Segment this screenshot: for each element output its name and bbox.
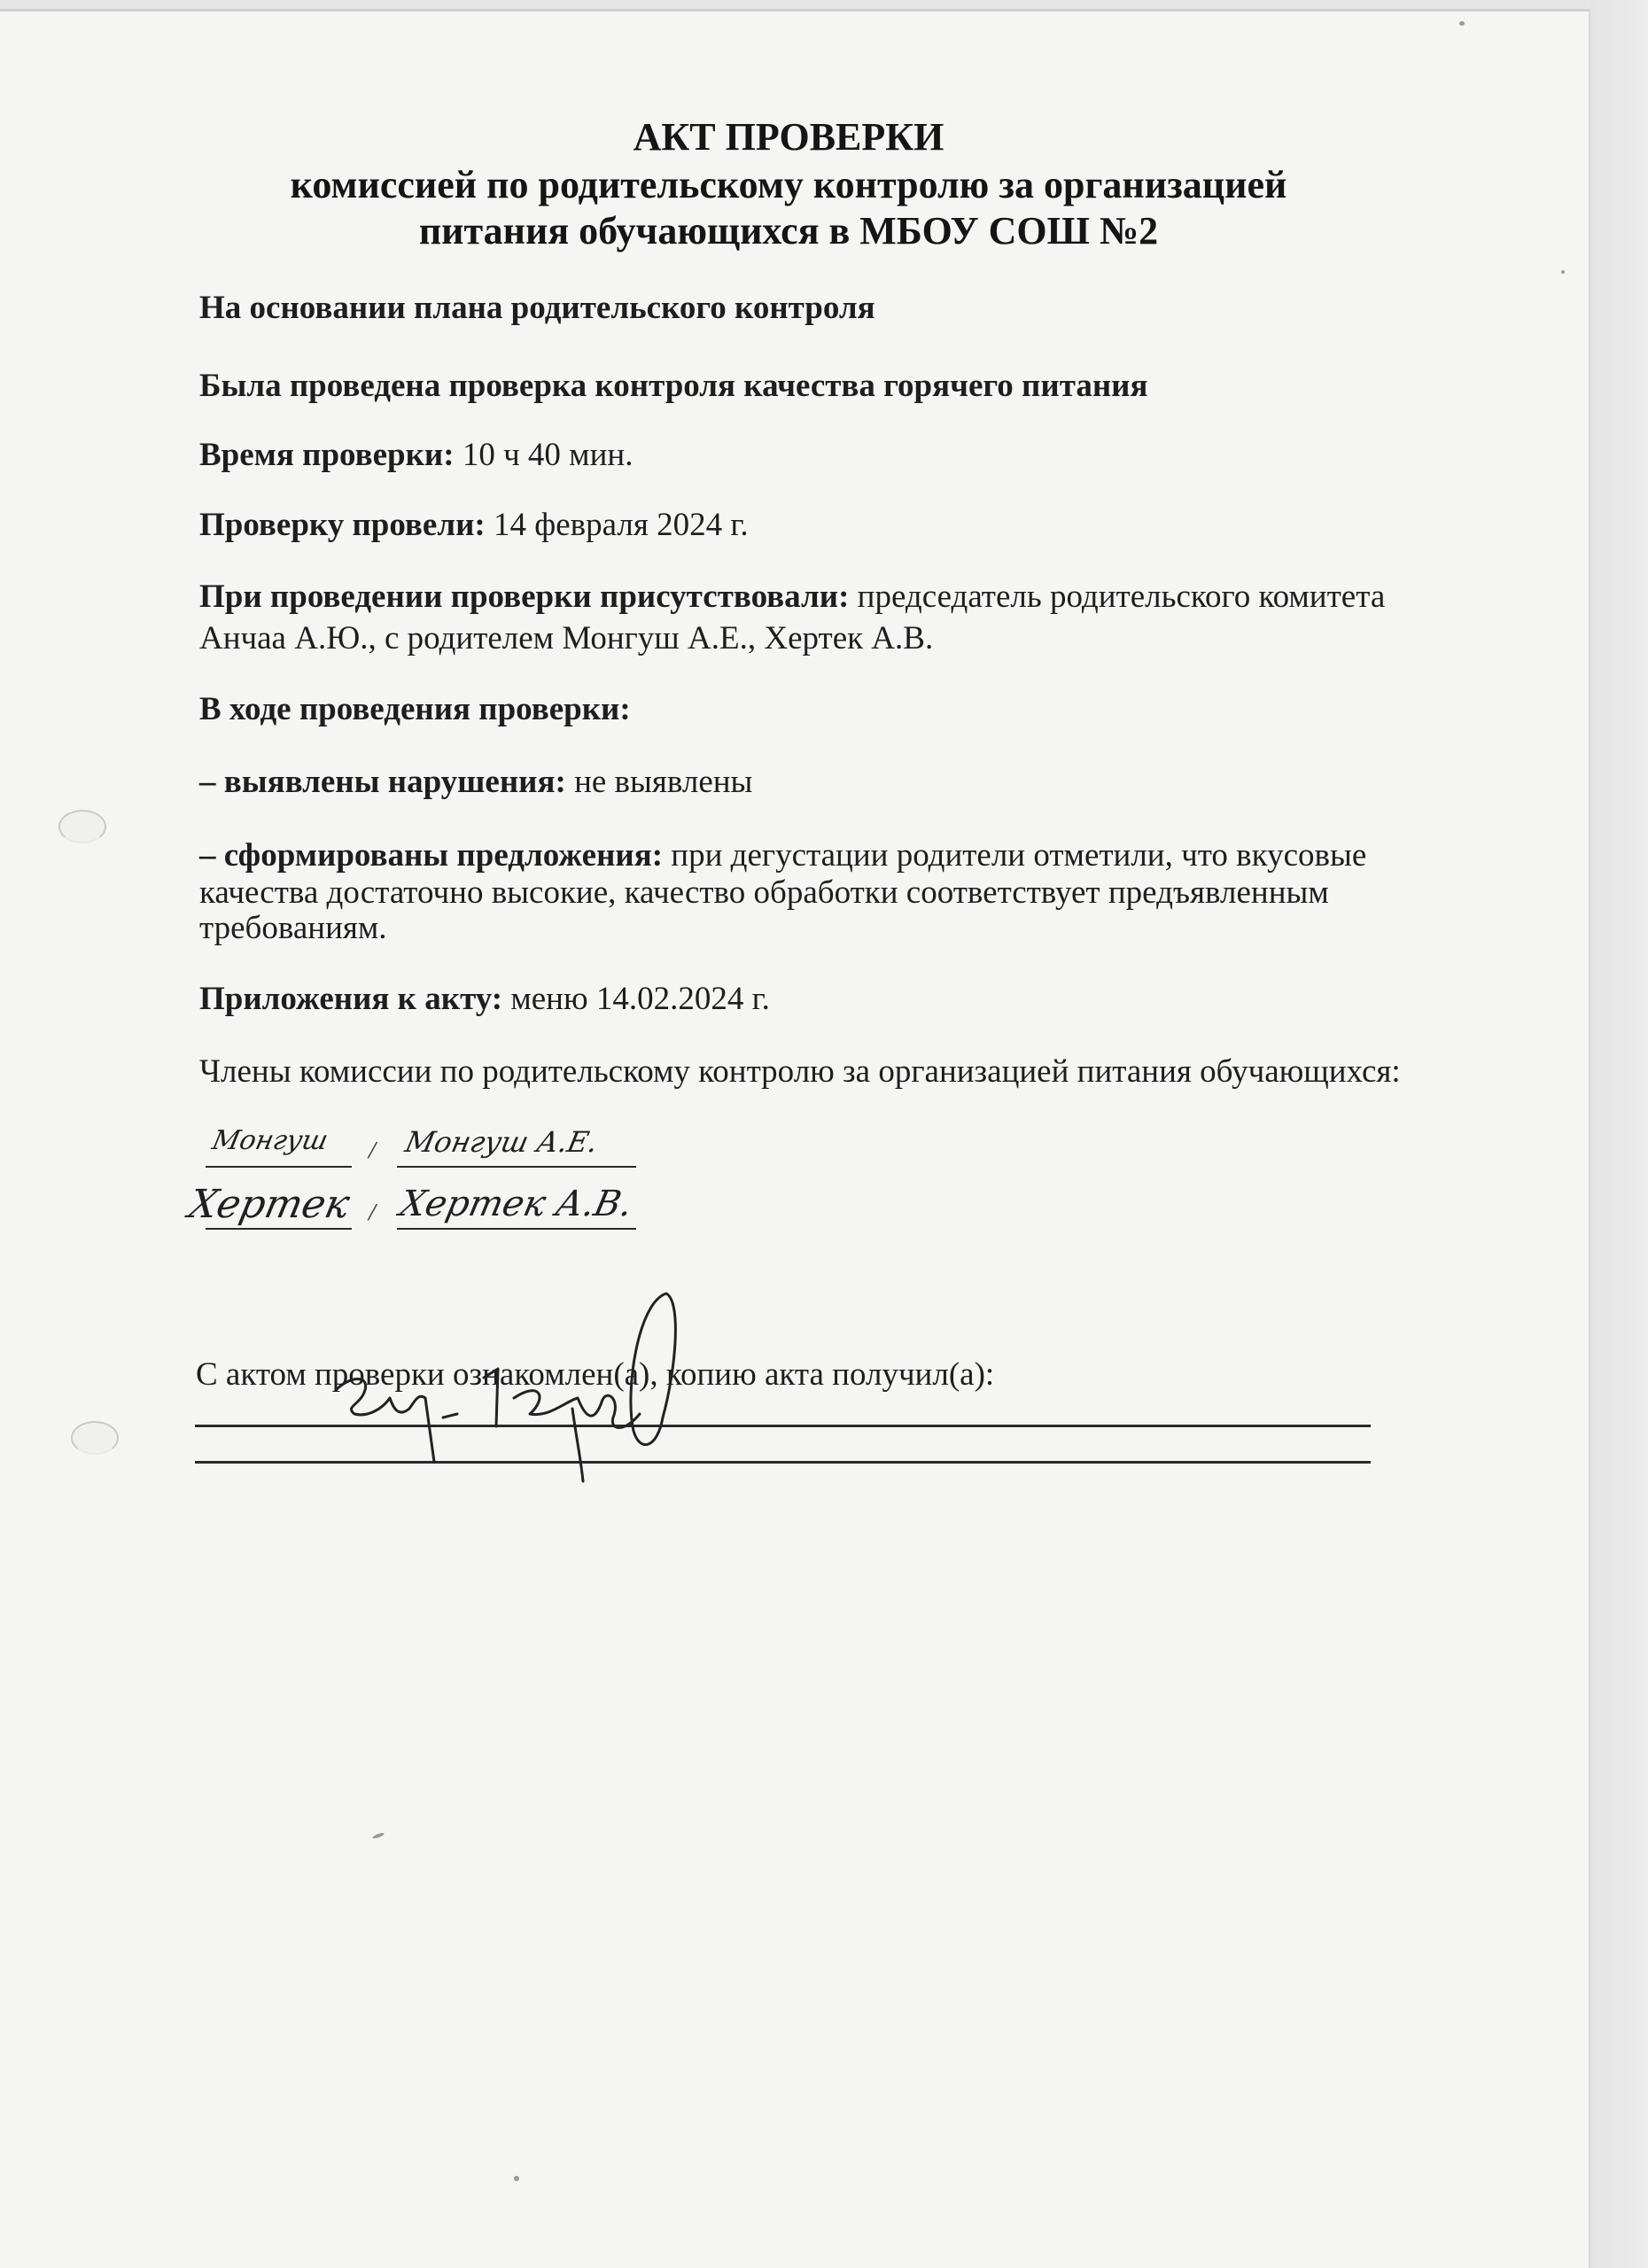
- attachments-label: Приложения к акту:: [199, 981, 502, 1017]
- attachments-line: Приложения к акту: меню 14.02.2024 г.: [199, 980, 770, 1019]
- member-2-signature: Хертек: [185, 1182, 354, 1227]
- inspection-date-value: 14 февраля 2024 г.: [486, 507, 749, 543]
- inspection-date-label: Проверку провели:: [199, 507, 486, 543]
- inspection-date: Проверку провели: 14 февраля 2024 г.: [199, 506, 749, 545]
- member-1-name: Монгуш А.Е.: [402, 1125, 601, 1159]
- document-subtitle-line-1: комиссией по родительскому контролю за о…: [0, 162, 1577, 208]
- violations-value: не выявлены: [566, 764, 753, 800]
- present-label: При проведении проверки присутствовали:: [199, 579, 849, 615]
- inspection-performed-line: Была проведена проверка контроля качеств…: [199, 367, 1147, 406]
- proposals-label: – сформированы предложения:: [199, 837, 663, 874]
- member-2-signature-underline: [206, 1228, 352, 1230]
- proposals-line-2: качества достаточно высокие, качество об…: [199, 874, 1329, 913]
- document-subtitle-line-2: питания обучающихся в МБОУ СОШ №2: [0, 208, 1577, 254]
- present-value-1: председатель родительского комитета: [849, 579, 1385, 615]
- proposals-line-1: – сформированы предложения: при дегустац…: [199, 836, 1366, 875]
- member-2-name: Хертек А.В.: [396, 1184, 636, 1224]
- present-line-1: При проведении проверки присутствовали: …: [199, 578, 1385, 617]
- member-1-name-underline: [397, 1166, 636, 1168]
- inspection-time-label: Время проверки:: [199, 437, 455, 473]
- inspection-time-value: 10 ч 40 мин.: [455, 437, 634, 473]
- inspection-time: Время проверки: 10 ч 40 мин.: [199, 436, 633, 475]
- basis-line: На основании плана родительского контрол…: [199, 289, 875, 328]
- proposals-line-3: требованиям.: [199, 909, 387, 948]
- document-title: АКТ ПРОВЕРКИ: [0, 114, 1577, 160]
- scan-speck: [1561, 270, 1565, 274]
- member-2-name-underline: [397, 1228, 636, 1230]
- proposals-value-1: при дегустации родители отметили, что вк…: [663, 837, 1366, 874]
- violations-line: – выявлены нарушения: не выявлены: [199, 763, 752, 802]
- acknowledgment-signature-icon: [328, 1285, 700, 1488]
- violations-label: – выявлены нарушения:: [199, 764, 566, 800]
- scan-speck: [1459, 21, 1465, 26]
- members-heading: Члены комиссии по родительскому контролю…: [199, 1052, 1401, 1091]
- attachments-value: меню 14.02.2024 г.: [502, 981, 770, 1017]
- member-1-signature-underline: [206, 1166, 352, 1168]
- hole-punch-mark: [71, 1421, 119, 1455]
- present-line-2: Анчаа А.Ю., с родителем Монгуш А.Е., Хер…: [199, 619, 933, 658]
- hole-punch-mark: [58, 810, 106, 843]
- during-heading: В ходе проведения проверки:: [199, 690, 631, 729]
- scanner-edge-strip: [1590, 0, 1648, 2268]
- scan-speck: [514, 2176, 519, 2181]
- member-1-signature: Монгуш: [209, 1125, 330, 1156]
